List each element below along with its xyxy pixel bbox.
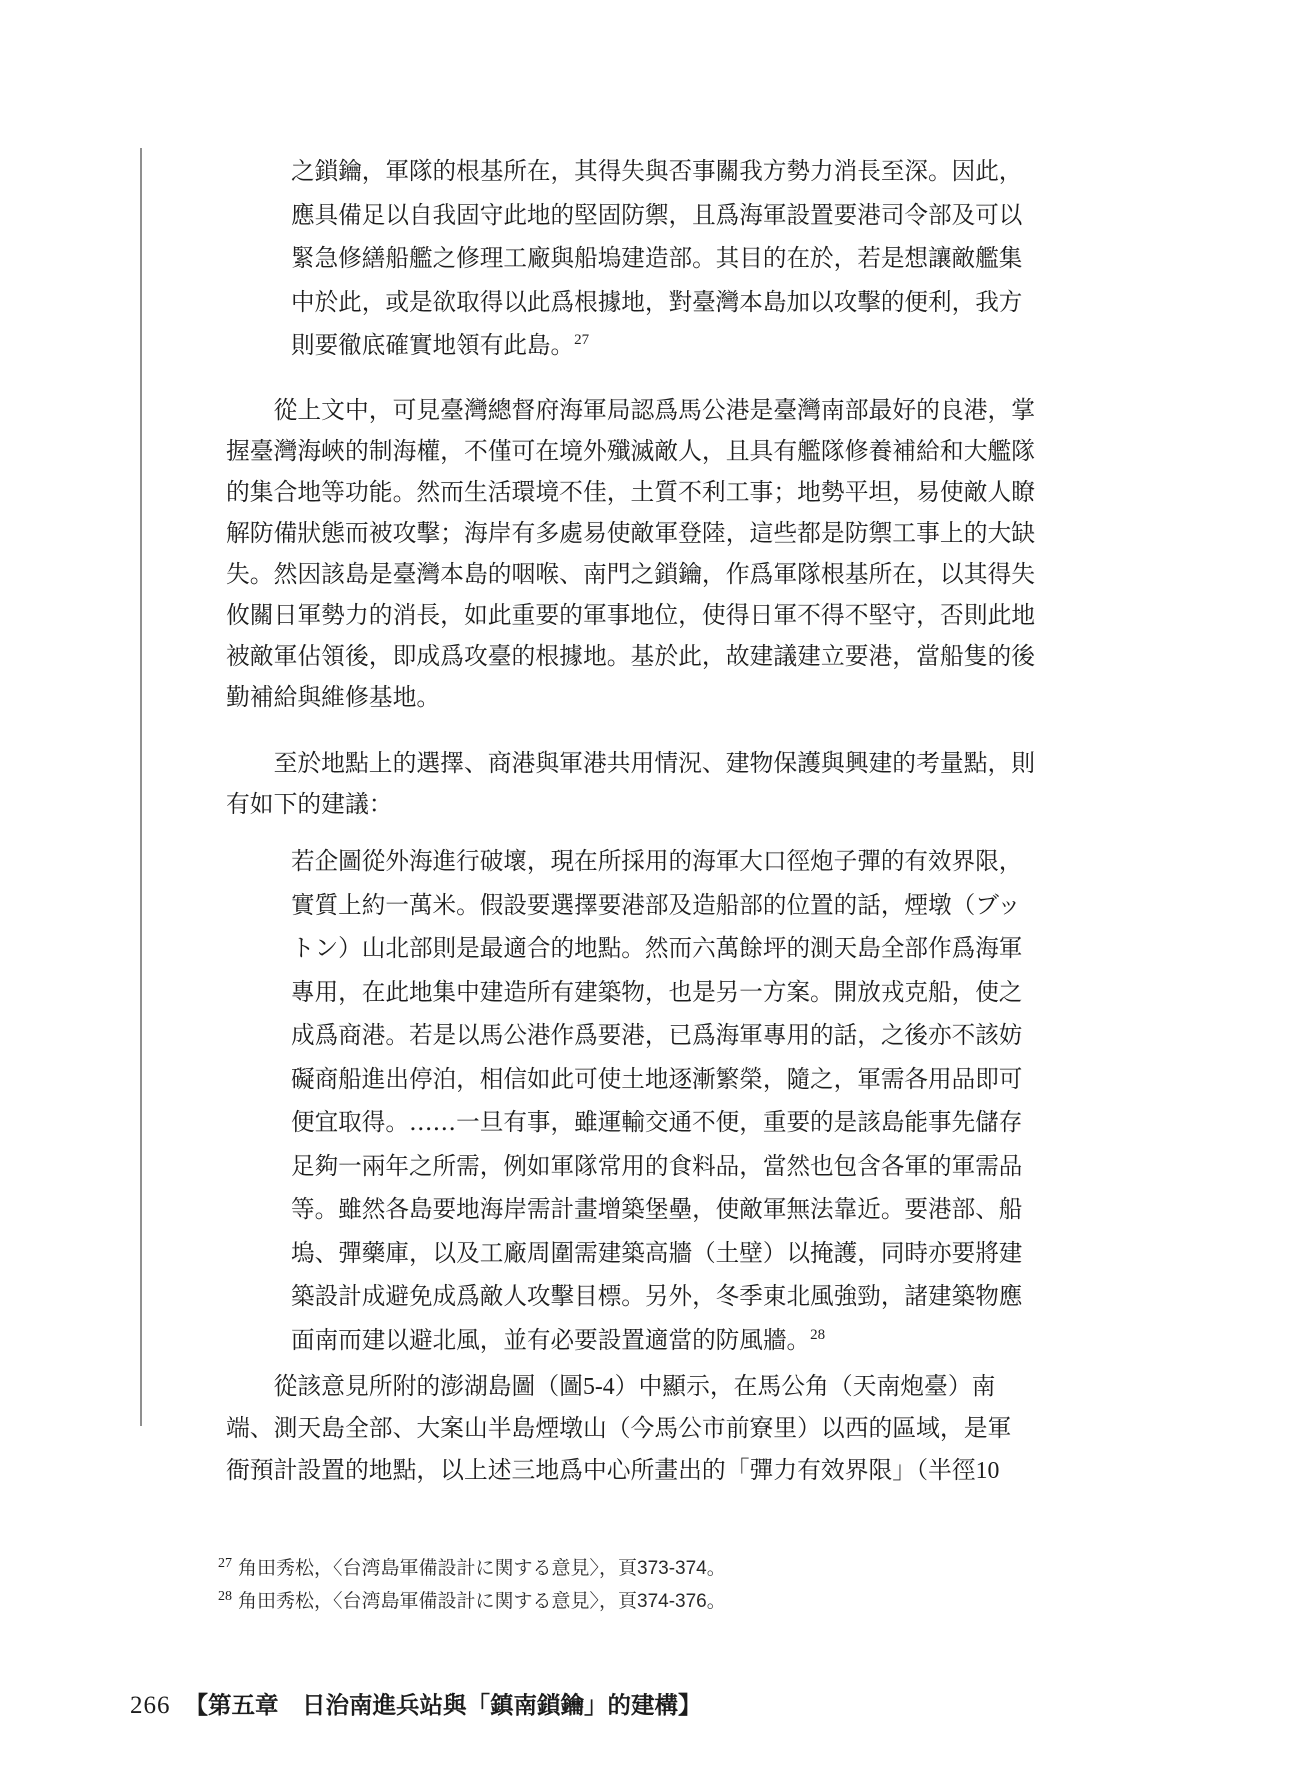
footnote-28: 28角田秀松，〈台湾島軍備設計に関する意見〉，頁374-376。 xyxy=(218,1585,1078,1618)
left-margin-rule xyxy=(140,148,142,1426)
footnote-ref-27: 27 xyxy=(574,332,589,348)
footnote-28-number: 28 xyxy=(218,1589,232,1604)
paragraph-2: 至於地點上的選擇、商港與軍港共用情況、建物保護與興建的考量點，則 有如下的建議： xyxy=(226,744,1066,826)
block-quote-2: 若企圖從外海進行破壞，現在所採用的海軍大口徑炮子彈的有效界限， 實質上約一萬米。… xyxy=(291,840,1051,1362)
paragraph-3: 從該意見所附的澎湖島圖（圖5-4）中顯示，在馬公角（天南炮臺）南 端、測天島全部… xyxy=(226,1366,1066,1492)
chapter-title: 【第五章 日治南進兵站與「鎮南鎖鑰」的建構】 xyxy=(185,1693,702,1719)
quote-1-text: 之鎖鑰，軍隊的根基所在，其得失與否事關我方勢力消長至深。因此， 應具備足以自我固… xyxy=(291,157,1022,359)
quote-2-text: 若企圖從外海進行破壞，現在所採用的海軍大口徑炮子彈的有效界限， 實質上約一萬米。… xyxy=(291,847,1022,1354)
footnote-28-text: 角田秀松，〈台湾島軍備設計に関する意見〉，頁374-376。 xyxy=(238,1591,726,1612)
footnote-27-number: 27 xyxy=(218,1556,232,1571)
page-number: 266 xyxy=(130,1692,171,1719)
footnote-27-text: 角田秀松，〈台湾島軍備設計に関する意見〉，頁373-374。 xyxy=(238,1558,726,1579)
footnote-27: 27角田秀松，〈台湾島軍備設計に関する意見〉，頁373-374。 xyxy=(218,1552,1078,1585)
book-page: 之鎖鑰，軍隊的根基所在，其得失與否事關我方勢力消長至深。因此， 應具備足以自我固… xyxy=(0,0,1300,1778)
footnote-ref-28: 28 xyxy=(810,1327,825,1343)
paragraph-1: 從上文中，可見臺灣總督府海軍局認爲馬公港是臺灣南部最好的良港，掌 握臺灣海峽的制… xyxy=(226,391,1066,719)
footnotes-section: 27角田秀松，〈台湾島軍備設計に関する意見〉，頁373-374。 28角田秀松，… xyxy=(218,1552,1078,1618)
page-footer: 266【第五章 日治南進兵站與「鎮南鎖鑰」的建構】 xyxy=(130,1686,702,1720)
block-quote-1: 之鎖鑰，軍隊的根基所在，其得失與否事關我方勢力消長至深。因此， 應具備足以自我固… xyxy=(291,150,1051,368)
